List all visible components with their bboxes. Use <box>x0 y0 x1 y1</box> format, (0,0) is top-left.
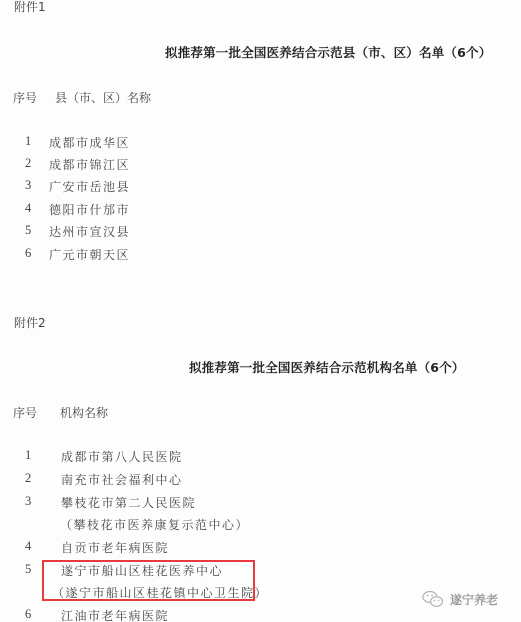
list-item: 广元市朝天区 <box>49 246 130 263</box>
annex2-title: 拟推荐第一批全国医养结合示范机构名单（6个） <box>189 358 465 376</box>
wechat-icon <box>422 590 444 608</box>
list-item: 自贡市老年病医院 <box>61 539 169 556</box>
list-item: 成都市锦江区 <box>49 156 130 173</box>
list-item: 成都市成华区 <box>49 134 130 151</box>
list-item-subtitle: （攀枝花市医养康复示范中心） <box>60 516 249 533</box>
annex1-header-index: 序号 <box>13 89 37 106</box>
list-item: 攀枝花市第二人民医院 <box>61 494 196 511</box>
list-item-index: 4 <box>25 201 31 216</box>
list-item-index: 4 <box>25 539 31 554</box>
list-item-index: 6 <box>25 607 31 622</box>
list-item-index: 2 <box>25 156 31 171</box>
list-item-index: 1 <box>25 448 31 463</box>
annex1-title: 拟推荐第一批全国医养结合示范县（市、区）名单（6个） <box>165 43 491 61</box>
watermark-text: 遂宁养老 <box>450 591 498 608</box>
annex2-header-index: 序号 <box>13 404 37 421</box>
list-item-index: 5 <box>25 223 31 238</box>
list-item: 广安市岳池县 <box>49 178 130 195</box>
annex1-label: 附件1 <box>14 0 46 15</box>
list-item: 达州市宣汉县 <box>49 223 130 240</box>
annex2-label: 附件2 <box>14 314 46 331</box>
list-item: 成都市第八人民医院 <box>61 448 183 465</box>
list-item-index: 3 <box>25 178 31 193</box>
list-item: 江油市老年病医院 <box>61 607 169 622</box>
list-item-index: 5 <box>25 562 31 577</box>
annex2-header-name: 机构名称 <box>60 404 108 421</box>
highlight-box <box>42 560 255 601</box>
list-item-index: 1 <box>25 134 31 149</box>
list-item-index: 3 <box>25 494 31 509</box>
list-item: 南充市社会福利中心 <box>61 471 183 488</box>
watermark: 遂宁养老 <box>422 590 498 608</box>
annex1-header-name: 县（市、区）名称 <box>55 89 151 106</box>
list-item: 德阳市什邡市 <box>49 201 130 218</box>
list-item-index: 6 <box>25 246 31 261</box>
list-item-index: 2 <box>25 471 31 486</box>
